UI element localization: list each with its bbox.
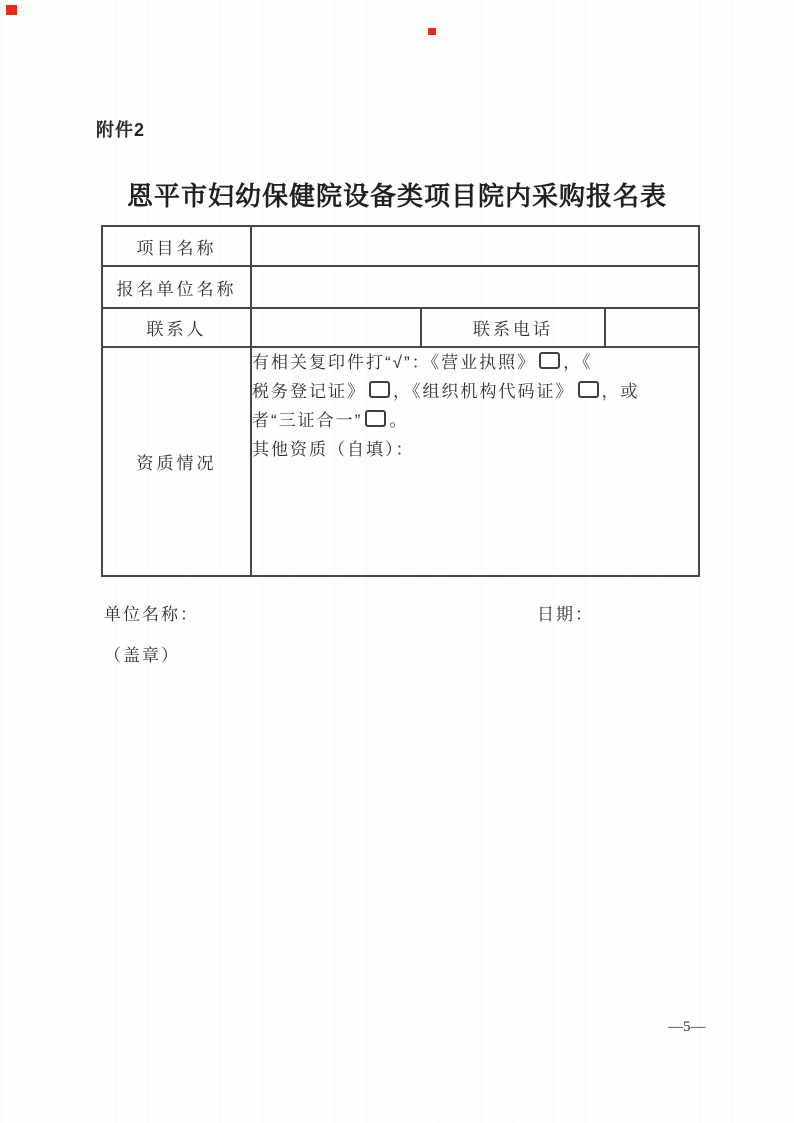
qualification-content: 有相关复印件打“√”：《营业执照》，《税务登记证》，《组织机构代码证》，或者“三… [251,347,699,576]
qualification-text-segment: 其他资质（自填）： [252,440,415,459]
page-number: —5— [668,1019,706,1036]
document-title: 恩平市妇幼保健院设备类项目院内采购报名表 [0,176,794,213]
seal-label: （盖章） [104,641,180,666]
qualification-line: 者“三证合一”。 [252,406,698,435]
table-row-applicant-unit: 报名单位名称 [102,266,699,308]
applicant-unit-label: 报名单位名称 [102,266,251,308]
checkbox-icon [578,381,599,398]
contact-person-value-cell [251,308,421,347]
qualification-text-segment: 税务登记证》 [252,382,366,401]
red-scan-artifact-2 [428,28,436,35]
qualification-text-segment: 有相关复印件打“√”：《营业执照》 [252,353,536,372]
document-page: 附件2 恩平市妇幼保健院设备类项目院内采购报名表 项目名称 报名单位名称 联系人… [0,0,794,1123]
project-name-value-cell [251,226,699,266]
attachment-label: 附件2 [96,116,145,142]
qualification-text-segment: 。 [389,411,408,430]
checkbox-icon [369,381,390,398]
contact-person-label: 联系人 [102,308,251,347]
qualification-line: 其他资质（自填）： [252,435,698,464]
applicant-unit-value-cell [251,266,699,308]
qualification-text-segment: ，或 [602,382,640,401]
table-row-qualification: 资质情况 有相关复印件打“√”：《营业执照》，《税务登记证》，《组织机构代码证》… [102,347,699,576]
checkbox-icon [365,410,386,427]
qualification-text-segment: ，《组织机构代码证》 [393,382,575,401]
table-row-contact: 联系人 联系电话 [102,308,699,347]
project-name-label: 项目名称 [102,226,251,266]
red-scan-artifact-1 [6,5,17,15]
qualification-text-segment: ，《 [563,353,593,372]
contact-phone-value-cell [605,308,699,347]
contact-phone-label: 联系电话 [421,308,605,347]
unit-name-label: 单位名称： [104,600,199,625]
table-row-project-name: 项目名称 [102,226,699,266]
qualification-label: 资质情况 [102,347,251,576]
qualification-text-segment: 者“三证合一” [252,411,362,430]
date-label: 日期： [537,600,594,625]
qualification-line: 有相关复印件打“√”：《营业执照》，《 [252,348,698,377]
qualification-line: 税务登记证》，《组织机构代码证》，或 [252,377,698,406]
registration-form-table: 项目名称 报名单位名称 联系人 联系电话 资质情况 有相关复印件打“√”：《营业… [101,225,700,577]
checkbox-icon [539,352,560,369]
